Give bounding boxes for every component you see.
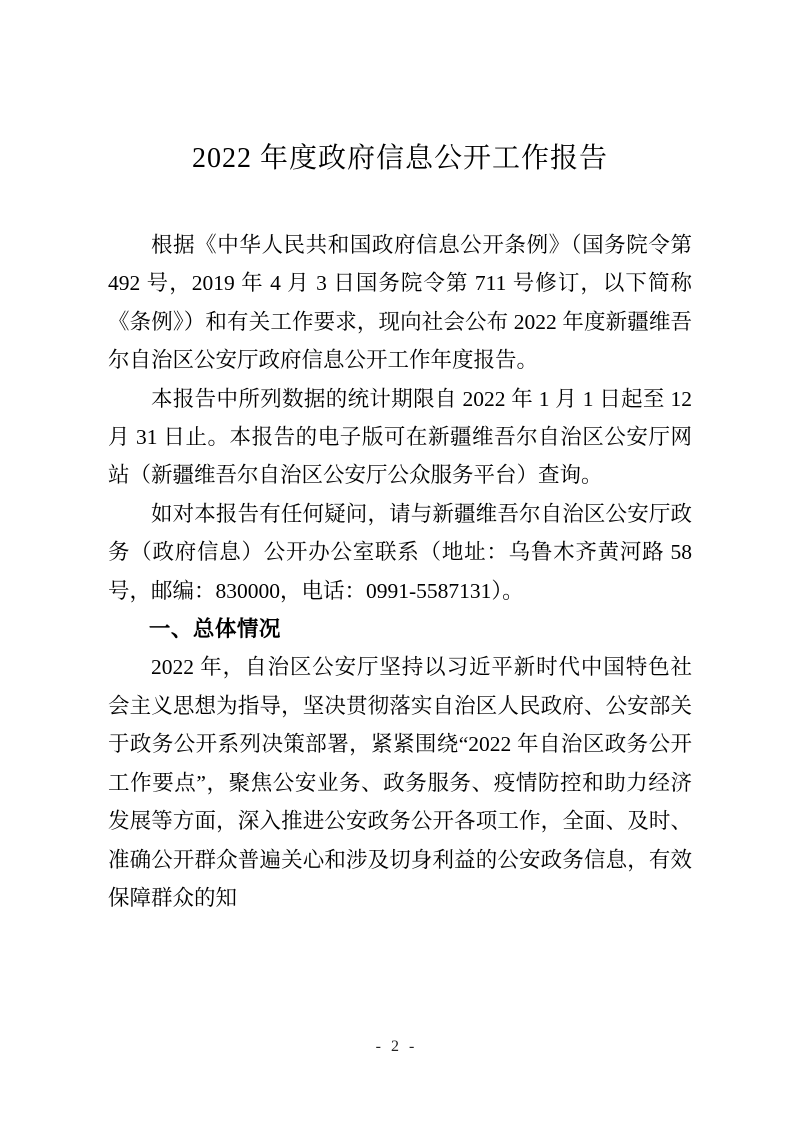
intro-paragraph-2: 本报告中所列数据的统计期限自 2022 年 1 月 1 日起至 12 月 31 …	[108, 380, 692, 495]
intro-paragraph-1: 根据《中华人民共和国政府信息公开条例》（国务院令第 492 号，2019 年 4…	[108, 226, 692, 380]
section-heading-overview: 一、总体情况	[108, 610, 692, 648]
intro-paragraph-3: 如对本报告有任何疑问，请与新疆维吾尔自治区公安厅政务（政府信息）公开办公室联系（…	[108, 495, 692, 610]
document-body: 2022 年度政府信息公开工作报告 根据《中华人民共和国政府信息公开条例》（国务…	[108, 138, 692, 917]
section1-paragraph-1: 2022 年，自治区公安厅坚持以习近平新时代中国特色社会主义思想为指导，坚决贯彻…	[108, 648, 692, 917]
document-title: 2022 年度政府信息公开工作报告	[108, 138, 692, 180]
document-page: 2022 年度政府信息公开工作报告 根据《中华人民共和国政府信息公开条例》（国务…	[0, 0, 793, 1122]
page-number: - 2 -	[0, 1038, 793, 1056]
